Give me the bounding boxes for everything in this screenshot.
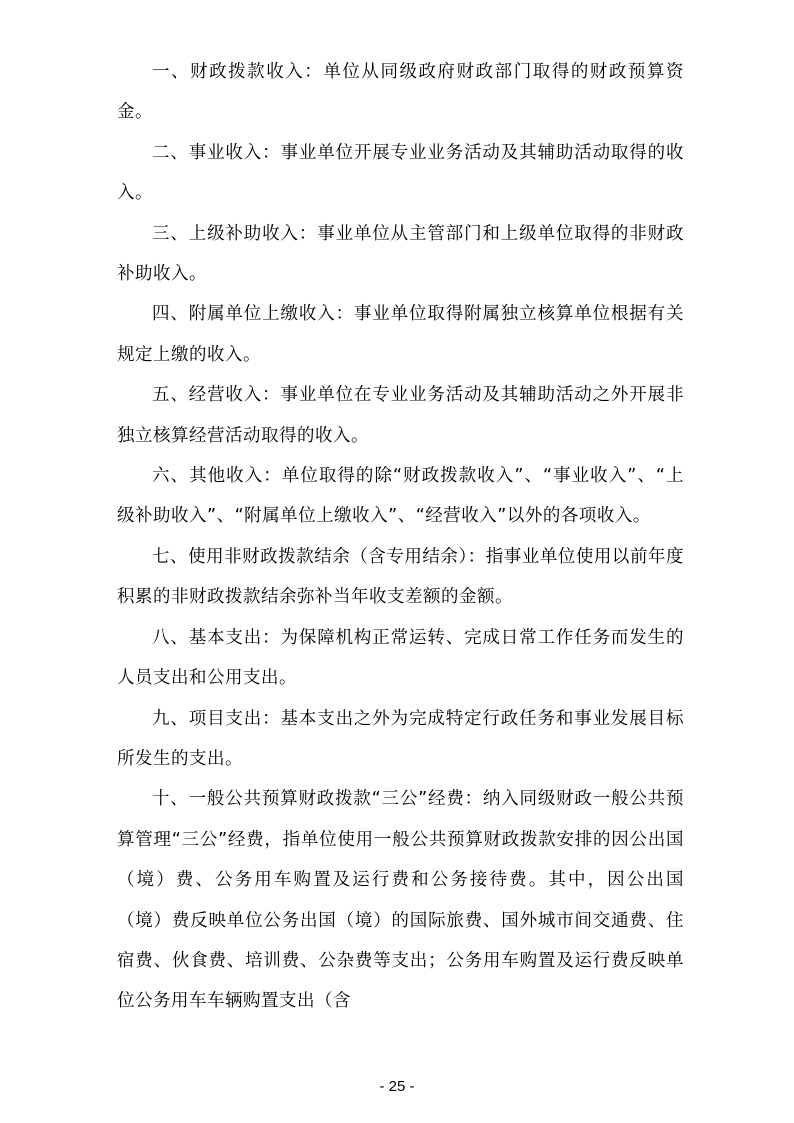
paragraph-business-income: 二、事业收入：事业单位开展专业业务活动及其辅助活动取得的收入。 [117, 133, 684, 214]
paragraph-three-public-expenses: 十、一般公共预算财政拨款“三公”经费：纳入同级财政一般公共预算管理“三公”经费，… [117, 779, 684, 1021]
paragraph-superior-subsidy-income: 三、上级补助收入：事业单位从主管部门和上级单位取得的非财政补助收入。 [117, 214, 684, 295]
paragraph-operating-income: 五、经营收入：事业单位在专业业务活动及其辅助活动之外开展非独立核算经营活动取得的… [117, 375, 684, 456]
paragraph-other-income: 六、其他收入：单位取得的除“财政拨款收入”、“事业收入”、“上级补助收入”、“附… [117, 456, 684, 537]
paragraph-affiliated-unit-income: 四、附属单位上缴收入：事业单位取得附属独立核算单位根据有关规定上缴的收入。 [117, 294, 684, 375]
paragraph-project-expenditure: 九、项目支出：基本支出之外为完成特定行政任务和事业发展目标所发生的支出。 [117, 699, 684, 780]
document-body: 一、财政拨款收入：单位从同级政府财政部门取得的财政预算资金。 二、事业收入：事业… [117, 52, 684, 1022]
paragraph-non-fiscal-balance-usage: 七、使用非财政拨款结余（含专用结余）：指事业单位使用以前年度积累的非财政拨款结余… [117, 537, 684, 618]
paragraph-fiscal-appropriation-income: 一、财政拨款收入：单位从同级政府财政部门取得的财政预算资金。 [117, 52, 684, 133]
document-page: 一、财政拨款收入：单位从同级政府财政部门取得的财政预算资金。 二、事业收入：事业… [0, 0, 794, 1123]
page-number: - 25 - [0, 1078, 794, 1095]
paragraph-basic-expenditure: 八、基本支出：为保障机构正常运转、完成日常工作任务而发生的人员支出和公用支出。 [117, 618, 684, 699]
